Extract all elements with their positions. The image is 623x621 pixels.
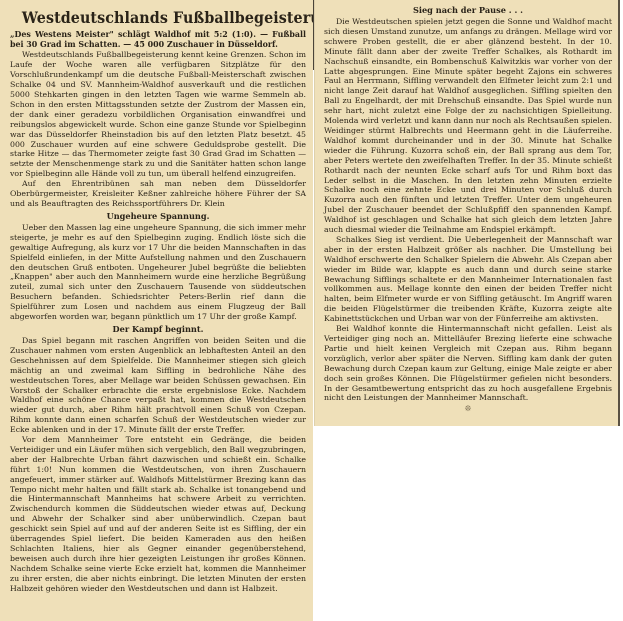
left-newspaper-clipping: Westdeutschlands Fußballbegeisterung. „D… [0, 0, 313, 621]
sieg-paragraph-1: Die Westdeutschen spielen jetzt gegen di… [324, 17, 612, 235]
section-heading-kampf: Der Kampf beginnt. [10, 323, 306, 335]
sieg-paragraph-2: Schalkes Sieg ist verdient. Die Ueberleg… [324, 235, 612, 324]
section-kampf-paragraph-2: Vor dem Mannheimer Tore entsteht ein Ged… [10, 435, 306, 594]
section-kampf-paragraph-1: Das Spiel begann mit raschen Angriffen v… [10, 336, 306, 435]
article-subtitle: „Des Westens Meister" schlägt Waldhof mi… [10, 30, 306, 50]
section-spannung-text: Ueber den Massen lag eine ungeheure Span… [10, 223, 306, 322]
end-mark-asterism-icon: ❊ [324, 404, 612, 413]
section-heading-spannung: Ungeheure Spannung. [10, 210, 306, 222]
intro-paragraph-2: Auf den Ehrentribünen sah man neben dem … [10, 179, 306, 209]
sieg-paragraph-3: Bei Waldhof konnte die Hintermannschaft … [324, 324, 612, 403]
article-title: Westdeutschlands Fußballbegeisterung. [22, 8, 294, 27]
right-newspaper-clipping: Sieg nach der Pause . . . Die Westdeutsc… [314, 0, 620, 426]
section-heading-sieg: Sieg nach der Pause . . . [324, 4, 612, 16]
intro-paragraph-1: Westdeutschlands Fußballbegeisterung ken… [10, 50, 306, 179]
